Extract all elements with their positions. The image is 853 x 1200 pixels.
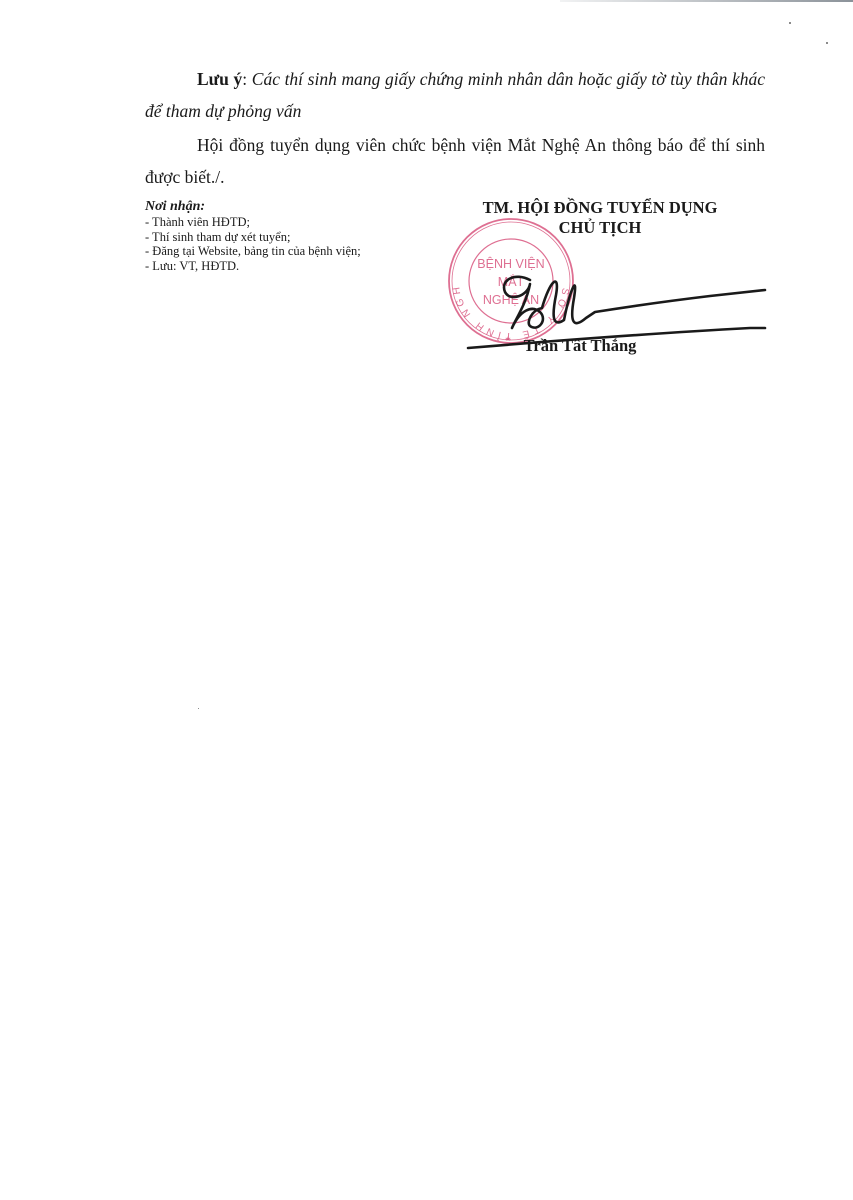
- recipients-title: Nơi nhận:: [145, 199, 403, 215]
- recipient-item: - Lưu: VT, HĐTD.: [145, 259, 403, 274]
- signature-block: TM. HỘI ĐỒNG TUYỂN DỤNG CHỦ TỊCH: [450, 198, 750, 238]
- recipient-item: - Đăng tại Website, bảng tin của bệnh vi…: [145, 244, 403, 259]
- note-paragraph: Lưu ý: Các thí sinh mang giấy chứng minh…: [145, 63, 765, 127]
- announcement-paragraph: Hội đồng tuyển dụng viên chức bệnh viện …: [145, 129, 765, 193]
- scan-speck: [826, 42, 828, 44]
- scan-edge: [560, 0, 853, 2]
- announcement-text: Hội đồng tuyển dụng viên chức bệnh viện …: [145, 135, 765, 187]
- recipients-block: Nơi nhận: - Thành viên HĐTD; - Thí sinh …: [145, 199, 403, 273]
- signature-line2: CHỦ TỊCH: [450, 218, 750, 238]
- recipient-item: - Thành viên HĐTD;: [145, 215, 403, 230]
- scan-speck: [789, 22, 791, 24]
- recipient-item: - Thí sinh tham dự xét tuyển;: [145, 230, 403, 245]
- note-separator: :: [242, 69, 251, 89]
- signature-line1: TM. HỘI ĐỒNG TUYỂN DỤNG: [450, 198, 750, 218]
- scan-speck: [198, 708, 199, 709]
- signer-name: Trần Tất Thắng: [470, 336, 690, 356]
- note-label: Lưu ý: [197, 69, 242, 89]
